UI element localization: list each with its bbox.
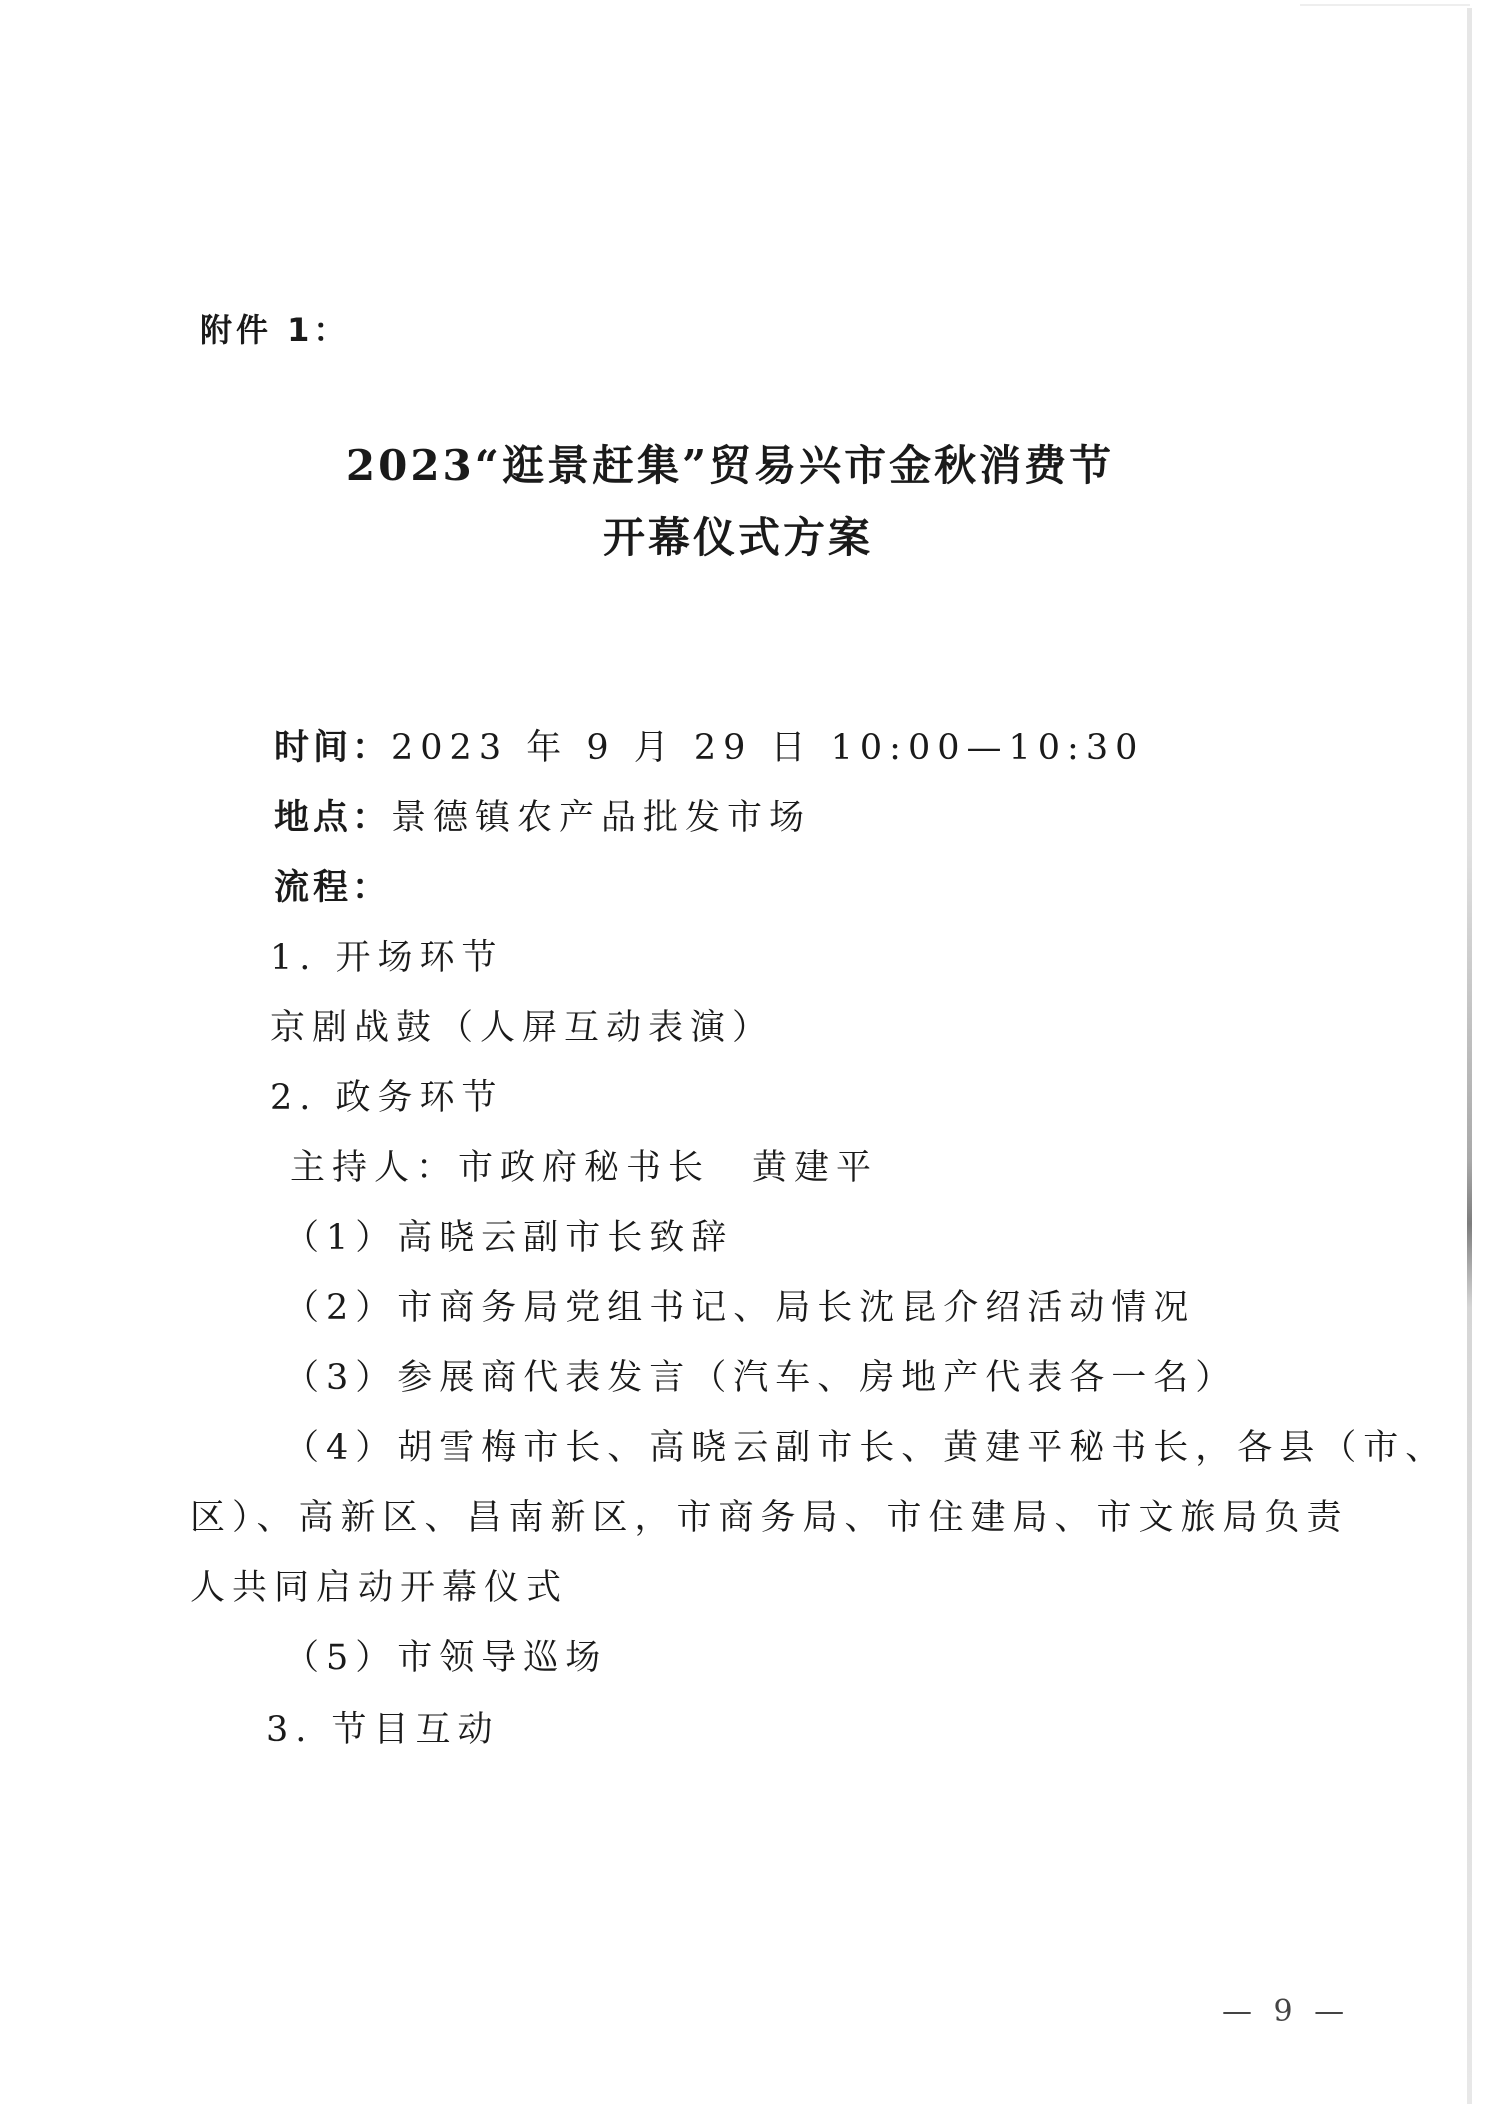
agenda-item-2: （2）市商务局党组书记、局长沈昆介绍活动情况 — [284, 1286, 1195, 1330]
document-page: 附件 1： 2023“逛景赶集”贸易兴市金秋消费节 开幕仪式方案 时间：2023… — [0, 0, 1488, 2104]
scan-artifact-top — [1300, 4, 1470, 6]
section-heading-3: 3. 节目互动 — [266, 1708, 500, 1752]
place-label: 地点： — [274, 798, 391, 838]
attachment-label: 附件 1： — [200, 308, 349, 352]
agenda-item-4-line1: （4）胡雪梅市长、高晓云副市长、黄建平秘书长，各县（市、 — [284, 1426, 1447, 1470]
place-row: 地点：景德镇农产品批发市场 — [274, 796, 811, 840]
agenda-item-3: （3）参展商代表发言（汽车、房地产代表各一名） — [284, 1356, 1237, 1400]
host-line: 主持人：市政府秘书长 黄建平 — [290, 1146, 878, 1190]
agenda-item-4-line2: 区）、高新区、昌南新区，市商务局、市住建局、市文旅局负责 — [190, 1496, 1349, 1540]
time-value: 2023 年 9 月 29 日 10:00—10:30 — [391, 728, 1144, 768]
agenda-item-5: （5）市领导巡场 — [284, 1636, 607, 1680]
time-label: 时间： — [274, 728, 391, 768]
time-row: 时间：2023 年 9 月 29 日 10:00—10:30 — [274, 726, 1144, 770]
agenda-item-4-line3: 人共同启动开幕仪式 — [190, 1566, 568, 1610]
section-heading-2: 2. 政务环节 — [270, 1076, 504, 1120]
agenda-item-1: （1）高晓云副市长致辞 — [284, 1216, 733, 1260]
section-detail-1: 京剧战鼓（人屏互动表演） — [270, 1006, 774, 1050]
section-heading-1: 1. 开场环节 — [270, 936, 504, 980]
place-value: 景德镇农产品批发市场 — [391, 798, 811, 838]
document-title-line2: 开幕仪式方案 — [0, 516, 1482, 560]
flow-label: 流程： — [274, 866, 391, 910]
document-title-line1: 2023“逛景赶集”贸易兴市金秋消费节 — [0, 444, 1474, 488]
scan-edge-shadow — [1467, 8, 1472, 2104]
page-number: — 9 — — [1222, 1994, 1350, 2029]
